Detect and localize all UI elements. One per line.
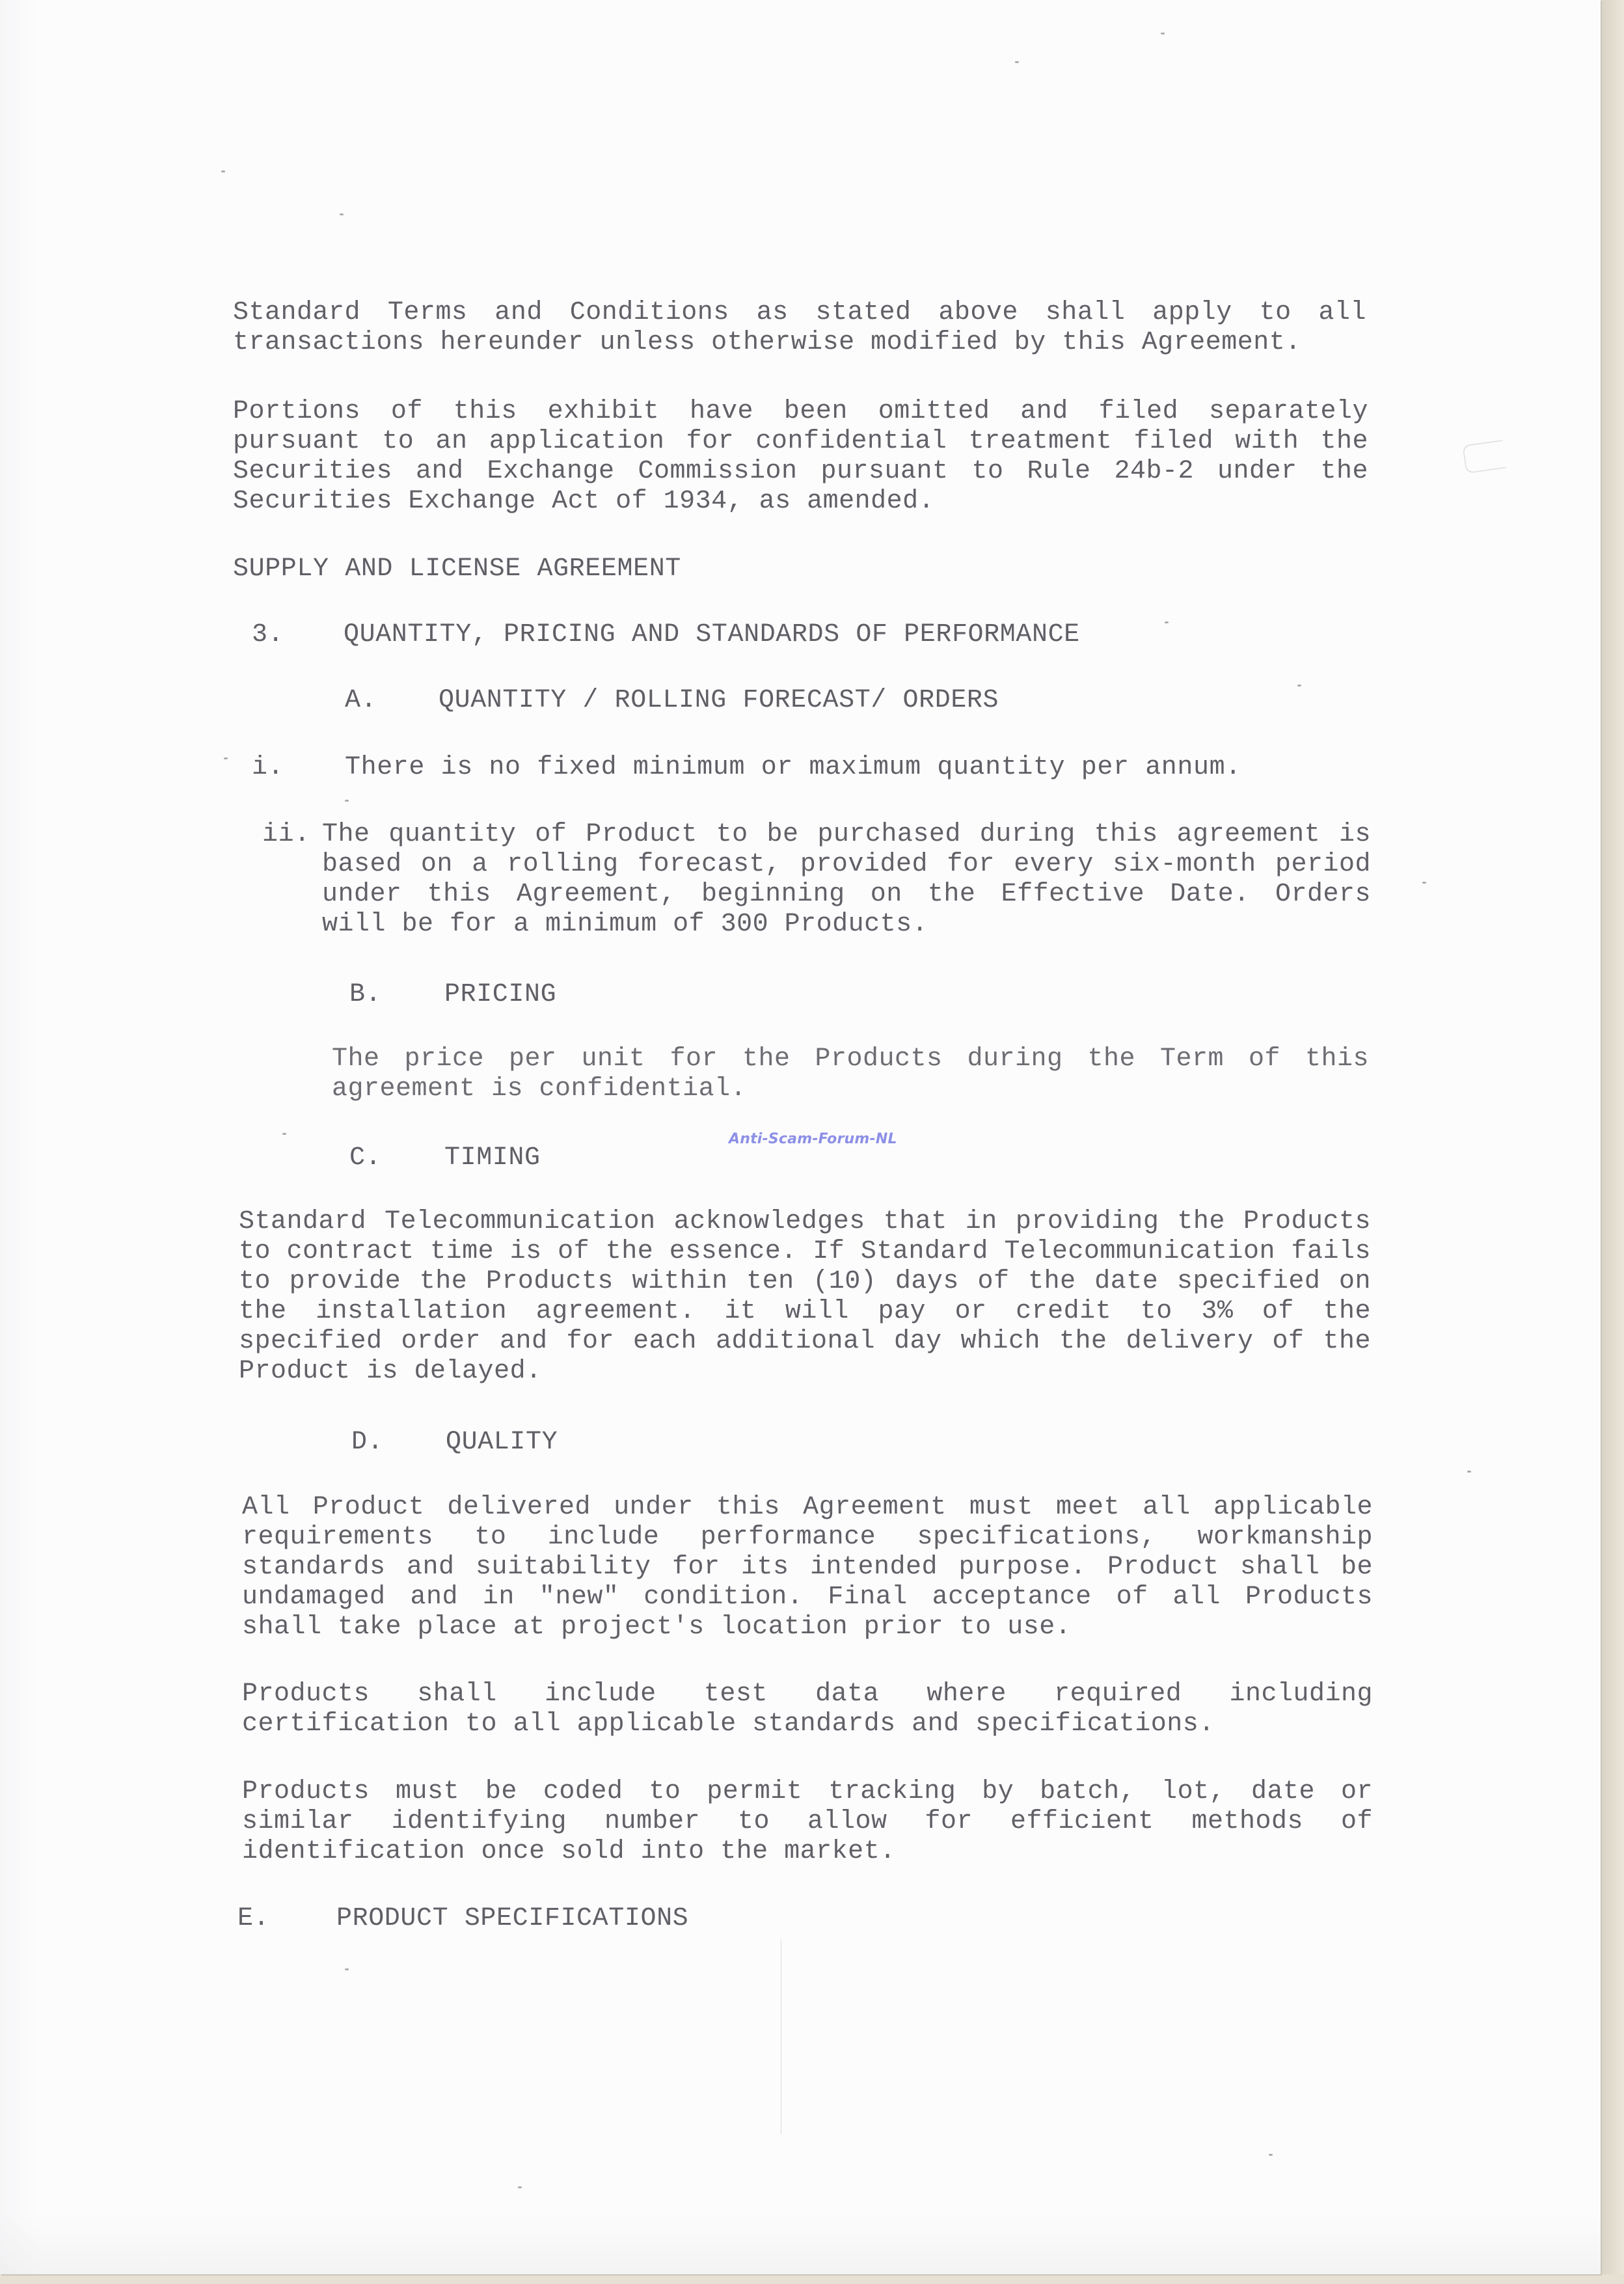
confidentiality-paragraph: Portions of this exhibit have been omitt… xyxy=(233,397,1368,517)
watermark-text: Anti-Scam-Forum-NL xyxy=(729,1131,897,1147)
subsection-b-title: PRICING xyxy=(444,980,556,1010)
scan-speck xyxy=(1269,2154,1273,2156)
scan-line xyxy=(781,1939,781,2134)
quality-paragraph-3: Products must be coded to permit trackin… xyxy=(242,1777,1373,1867)
subsection-c-letter: C. xyxy=(349,1143,381,1173)
pricing-paragraph: The price per unit for the Products duri… xyxy=(332,1044,1369,1104)
subsection-a-letter: A. xyxy=(345,686,377,716)
subsection-d-letter: D. xyxy=(351,1428,383,1458)
intro-paragraph: Standard Terms and Conditions as stated … xyxy=(233,298,1366,358)
scan-speck xyxy=(224,757,228,759)
scan-speck xyxy=(1467,1471,1471,1473)
item-ii-marker: ii. xyxy=(262,820,310,850)
scan-speck xyxy=(1165,621,1169,623)
scan-speck xyxy=(1015,61,1019,63)
agreement-title: SUPPLY AND LICENSE AGREEMENT xyxy=(233,554,681,584)
scan-speck xyxy=(1161,33,1165,34)
scanner-edge-strip xyxy=(1601,0,1624,2284)
scan-speck xyxy=(345,1968,349,1970)
section-number: 3. xyxy=(252,620,284,650)
item-i-text: There is no fixed minimum or maximum qua… xyxy=(345,753,1241,783)
subsection-a-title: QUANTITY / ROLLING FORECAST/ ORDERS xyxy=(439,686,999,716)
subsection-c-title: TIMING xyxy=(444,1143,541,1173)
pencil-mark xyxy=(1462,440,1506,474)
subsection-e-title: PRODUCT SPECIFICATIONS xyxy=(336,1904,688,1934)
quality-paragraph-1: All Product delivered under this Agreeme… xyxy=(242,1493,1373,1642)
scan-speck xyxy=(345,800,349,802)
subsection-d-title: QUALITY xyxy=(446,1428,558,1458)
timing-paragraph: Standard Telecommunication acknowledges … xyxy=(239,1207,1371,1387)
scan-speck xyxy=(282,1133,286,1135)
quality-paragraph-2: Products shall include test data where r… xyxy=(242,1679,1373,1739)
section-title: QUANTITY, PRICING AND STANDARDS OF PERFO… xyxy=(344,620,1080,650)
subsection-e-letter: E. xyxy=(237,1904,269,1934)
item-i-marker: i. xyxy=(252,753,284,783)
scan-speck xyxy=(518,2186,522,2188)
scanned-page: Standard Terms and Conditions as stated … xyxy=(0,0,1601,2274)
item-ii-text: The quantity of Product to be purchased … xyxy=(322,820,1371,940)
scan-speck xyxy=(1422,882,1426,884)
subsection-b-letter: B. xyxy=(349,980,381,1010)
scan-speck xyxy=(221,170,225,172)
scan-speck xyxy=(340,213,344,215)
scan-speck xyxy=(1297,685,1301,687)
scanner-bottom-strip xyxy=(0,2274,1624,2284)
